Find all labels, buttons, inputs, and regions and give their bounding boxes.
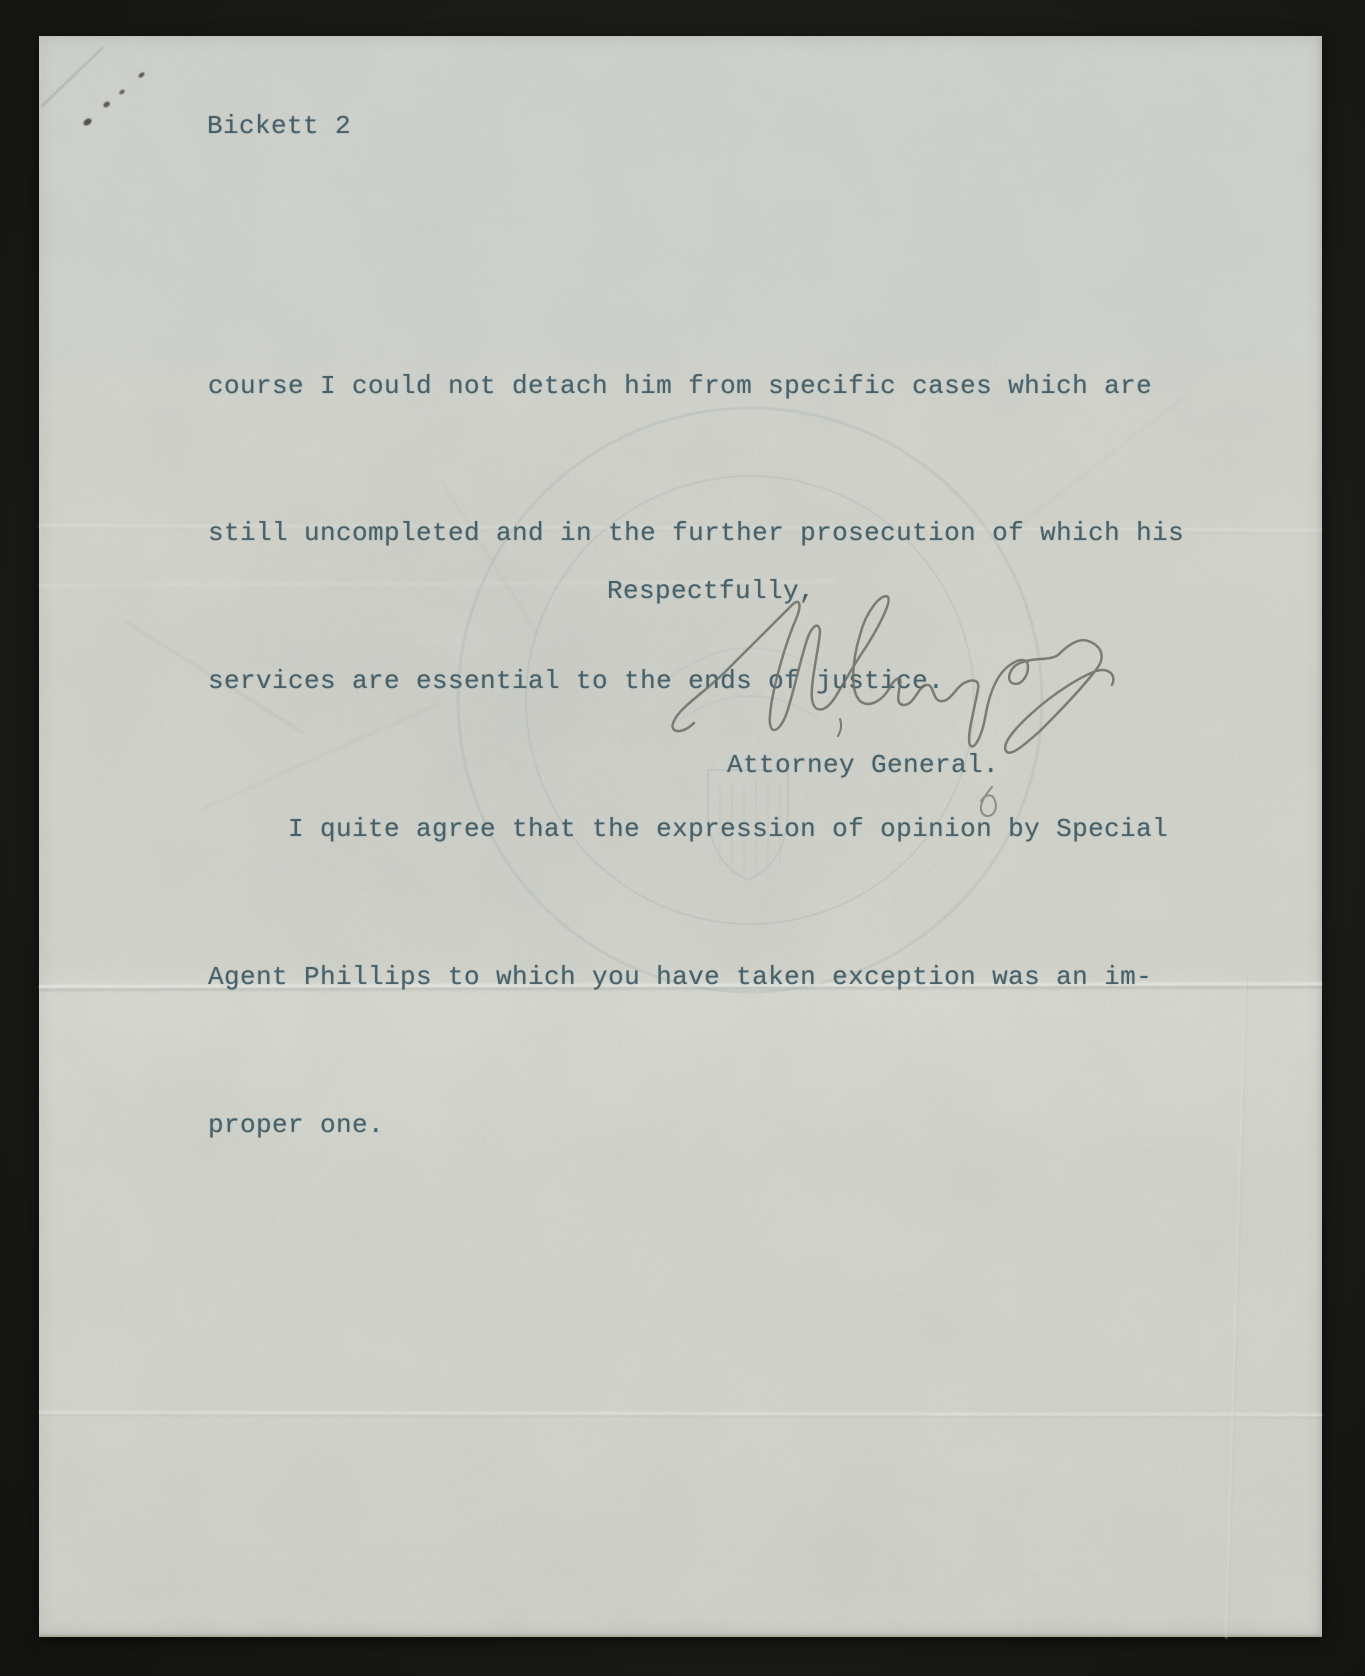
letter-page: Bickett 2 course I could not detach him … [39,36,1322,1637]
crease-vertical-right [1225,974,1248,1639]
pin-hole-icon [138,71,146,79]
crease-corner-topleft [40,47,103,108]
pin-hole-icon [102,100,110,108]
signature-handwriting [660,595,1130,825]
pin-hole-icon [82,117,93,127]
signature-title: Attorney General. [727,750,999,780]
page-header: Bickett 2 [207,111,351,141]
body-line: course I could not detach him from speci… [208,362,1184,411]
photograph-background: Bickett 2 course I could not detach him … [0,0,1365,1676]
body-line: Agent Phillips to which you have taken e… [208,953,1184,1002]
fold-crease-lower [39,1410,1322,1419]
pin-hole-icon [118,89,125,96]
body-line: proper one. [208,1101,1184,1150]
body-line: still uncompleted and in the further pro… [208,509,1184,558]
